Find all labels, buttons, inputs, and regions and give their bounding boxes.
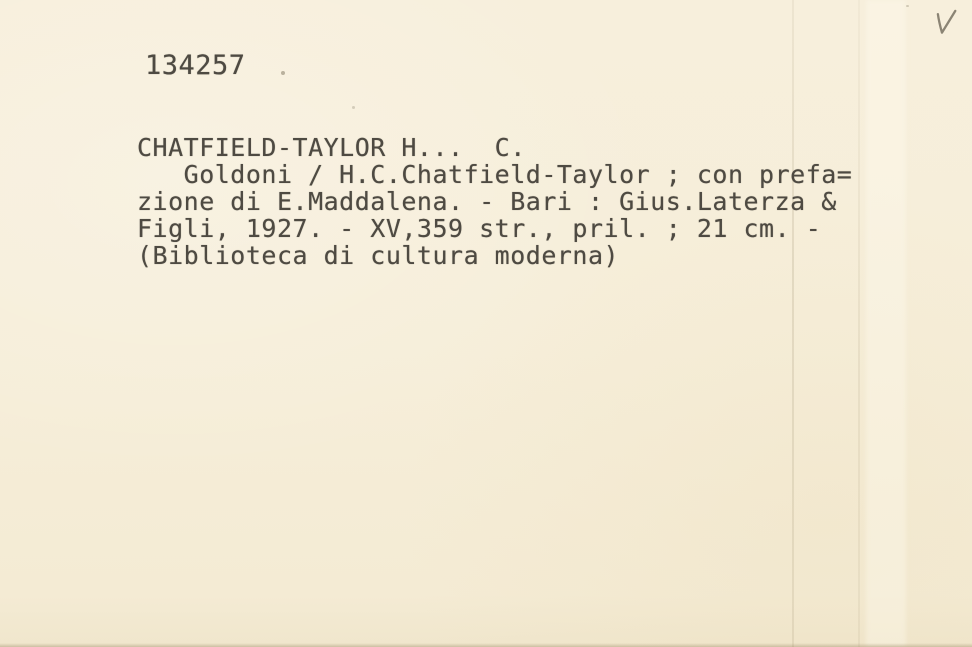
catalog-card: 134257 CHATFIELD-TAYLOR H... C. Goldoni …: [0, 0, 972, 647]
ink-speck: [352, 106, 355, 109]
bibliographic-entry: CHATFIELD-TAYLOR H... C. Goldoni / H.C.C…: [137, 134, 852, 269]
fold-crease-line: [792, 0, 794, 647]
entry-line: (Biblioteca di cultura moderna): [137, 242, 852, 269]
ink-speck: [281, 71, 285, 75]
call-number: 134257: [145, 50, 246, 81]
entry-line: zione di E.Maddalena. - Bari : Gius.Late…: [137, 188, 852, 215]
checkmark-icon: [932, 7, 961, 40]
entry-line: Goldoni / H.C.Chatfield-Taylor ; con pre…: [137, 161, 852, 188]
scan-light-band: [866, 0, 906, 647]
card-bottom-edge: [0, 643, 972, 647]
fold-crease-line: [858, 0, 860, 647]
entry-line: Figli, 1927. - XV,359 str., pril. ; 21 c…: [137, 215, 852, 242]
ink-speck: [906, 5, 909, 7]
entry-heading: CHATFIELD-TAYLOR H... C.: [137, 134, 852, 161]
